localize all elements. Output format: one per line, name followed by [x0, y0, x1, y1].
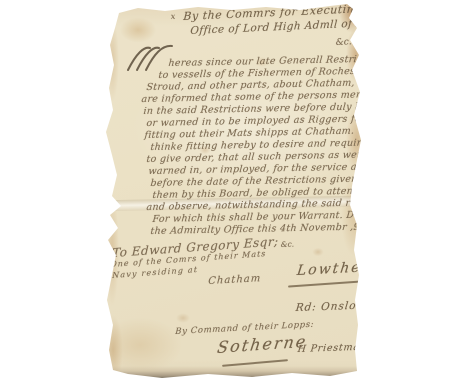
signature-onslow: Rd: Onslow [295, 299, 367, 314]
address-line-chatham: Chatham [208, 273, 261, 287]
heading-etc: &c. [335, 37, 351, 48]
heading-mark: x [171, 12, 176, 21]
signature-secretary: Sotherne [216, 331, 309, 357]
flourish-w-initial [126, 44, 174, 72]
signature-lowther: Lowther [296, 259, 371, 279]
signature-priestman: H Priestman [297, 342, 367, 355]
signature-flourish [288, 280, 362, 287]
catchword: &c. [281, 240, 295, 249]
signature-flourish [222, 359, 288, 366]
heading-line-1: By the Commrs for Executing the [183, 1, 386, 23]
photo-canvas: x By the Commrs for Executing the Office… [0, 0, 468, 382]
manuscript-paper: x By the Commrs for Executing the Office… [0, 0, 468, 382]
